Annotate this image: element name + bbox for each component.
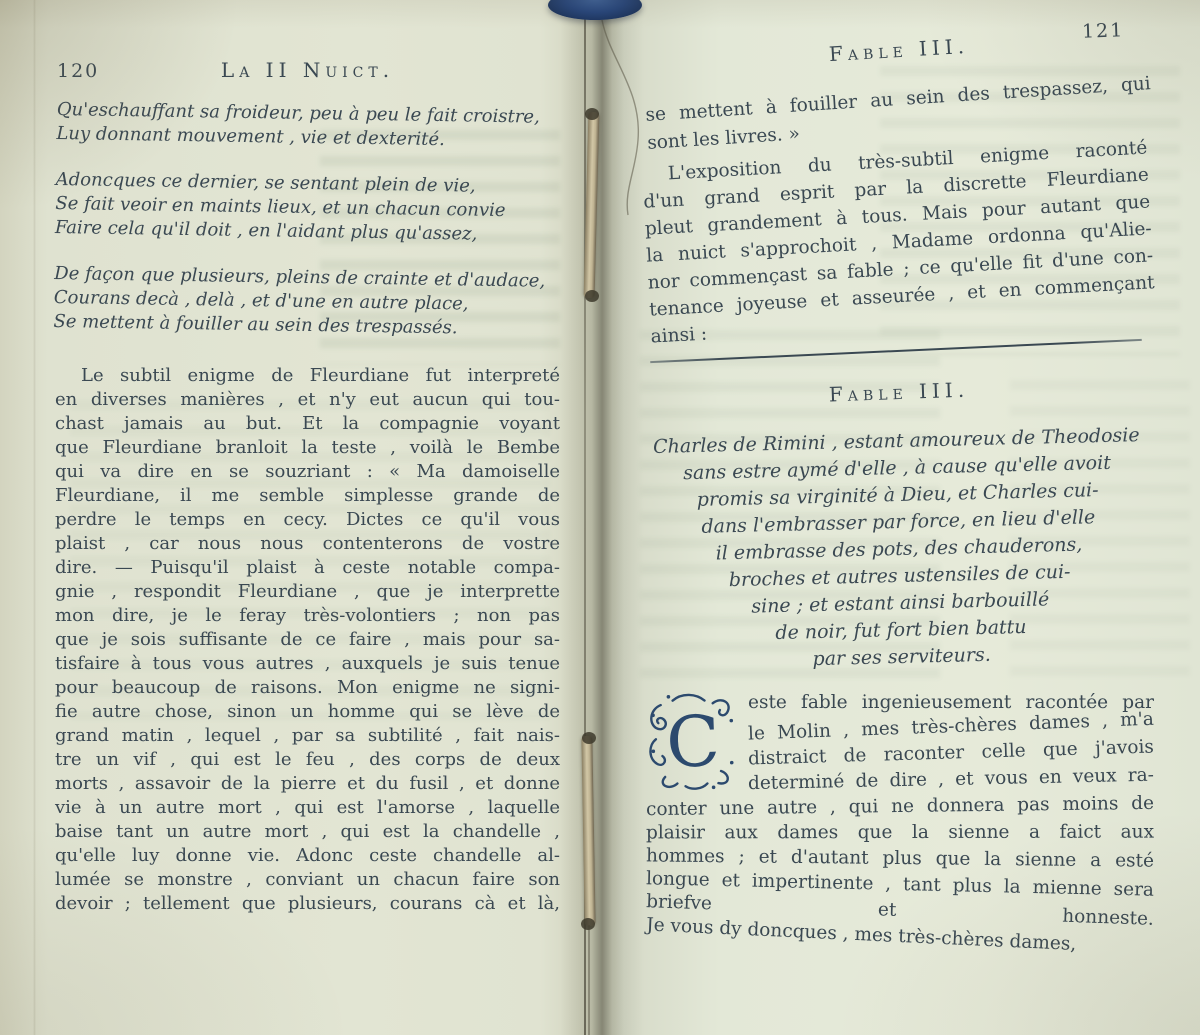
body-line: que je sois suffisante de ce faire , mai…: [55, 628, 560, 652]
body-line: mon dire, je le feray très-volontiers ; …: [55, 604, 560, 628]
fable-argument: Charles de Rimini , estant amoureux de T…: [643, 422, 1155, 677]
body-line: conter une autre , qui ne donnera pas mo…: [646, 791, 1154, 823]
body-line: fie autre chose, sinon un homme qui se l…: [55, 700, 560, 724]
body-line: lumée se monstre , conviant un chacun fa…: [55, 868, 560, 892]
verse-block: Qu'eschauffant sa froideur, peu à peu le…: [53, 98, 562, 364]
body-line: qui va dire en se souzriant : « Ma damoi…: [55, 460, 560, 484]
left-page-number: 120: [57, 60, 99, 82]
body-line: tre un vif , qui est le feu , des corps …: [55, 748, 560, 772]
running-header: Fable III.: [646, 23, 1153, 77]
thread-knot: [582, 732, 596, 744]
verse-stanza: De façon que plusieurs, pleins de craint…: [53, 262, 559, 342]
section-heading: Fable III.: [646, 371, 1153, 413]
verse-stanza: Adoncques ce dernier, se sentant plein d…: [55, 168, 561, 248]
body-line: vie à un autre mort , qui est l'amorse ,…: [55, 796, 560, 820]
body-line: pour beaucoup de raisons. Mon enigme ne …: [55, 676, 560, 700]
body-line: morts , assavoir de la pierre et du fusi…: [55, 772, 560, 796]
thread-knot: [585, 108, 599, 120]
body-line: chast jamais au but. Et la compagnie voy…: [55, 412, 560, 436]
binding-crease: [588, 925, 590, 1035]
body-line: Le subtil enigme de Fleurdiane fut inter…: [55, 364, 560, 388]
body-line: en diverses manières , et n'y eut aucun …: [55, 388, 560, 412]
book-photo: 120 La II Nuict. Qu'eschauffant sa froid…: [0, 0, 1200, 1035]
left-running-header-row: 120 La II Nuict.: [55, 58, 560, 82]
page-crease: [33, 0, 36, 1035]
body-line: tisfaire à tous vous autres , auxquels j…: [55, 652, 560, 676]
fable-body: C este fable ingenieusement racontée par…: [646, 690, 1154, 950]
body-line: gnie , respondit Fleurdiane , que je int…: [55, 580, 560, 604]
body-line: plaisir aux dames que la sienne a faict …: [646, 820, 1154, 847]
body-line: Fleurdiane, il me semble simplesse grand…: [55, 484, 560, 508]
body-line: perdre le temps en cecy. Dictes ce qu'il…: [55, 508, 560, 532]
left-page: 120 La II Nuict. Qu'eschauffant sa froid…: [0, 0, 598, 1035]
exposition-paragraph: L'exposition du très-subtil enigme racon…: [641, 134, 1156, 350]
right-page: 121 Fable III. se mettent à fouiller au …: [602, 0, 1200, 1035]
body-line: devoir ; tellement que plusieurs, couran…: [55, 892, 560, 916]
body-line: qu'elle luy donne vie. Adonc ceste chand…: [55, 844, 560, 868]
body-line: que Fleurdiane branloit la teste , voilà…: [55, 436, 560, 460]
running-header: La II Nuict.: [55, 58, 560, 82]
body-line: baise tant un autre mort , qui est la ch…: [55, 820, 560, 844]
verse-stanza: Qu'eschauffant sa froideur, peu à peu le…: [56, 98, 562, 154]
left-body-paragraph: Le subtil enigme de Fleurdiane fut inter…: [55, 364, 560, 916]
fable-body-lines: este fable ingenieusement racontée parle…: [646, 690, 1154, 950]
body-line: grand matin , lequel , par sa subtilité …: [55, 724, 560, 748]
thread-knot: [585, 290, 599, 302]
body-line: plaist , car nous nous contenterons de v…: [55, 532, 560, 556]
body-line: dire. — Puisqu'il plaist à ceste notable…: [55, 556, 560, 580]
